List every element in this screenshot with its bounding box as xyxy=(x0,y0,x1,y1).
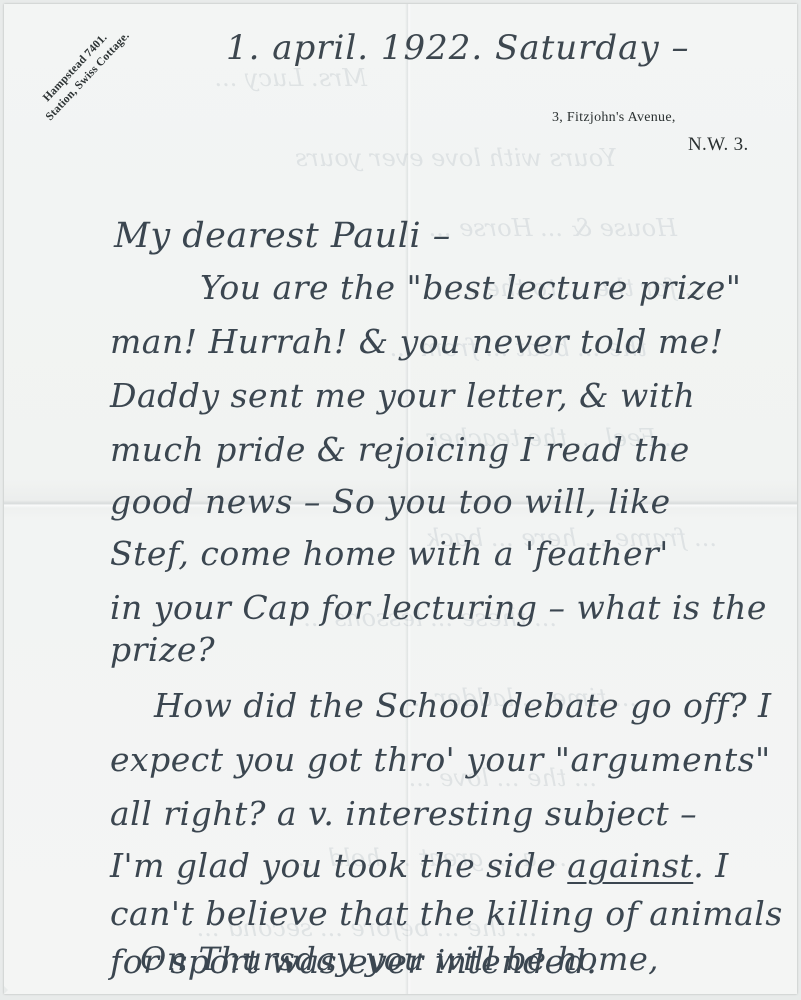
letterhead-address-line2: N.W. 3. xyxy=(688,134,749,156)
underlined-word: against xyxy=(567,846,693,885)
letterhead-telephone-block: Hampstead 7401. Station, Swiss Cottage. xyxy=(32,19,133,125)
letter-page: Mrs. Lucy ... Yours with love ever yours… xyxy=(4,4,797,994)
letter-salutation: My dearest Pauli – xyxy=(114,216,451,256)
letter-line: man! Hurrah! & you never told me! xyxy=(110,322,723,361)
letterhead-address-line1: 3, Fitzjohn's Avenue, xyxy=(552,110,749,126)
letter-line: all right? a v. interesting subject – xyxy=(110,794,697,833)
paper-corner xyxy=(4,984,8,994)
letterhead-address-block: 3, Fitzjohn's Avenue, N.W. 3. xyxy=(552,110,749,156)
letter-line: I'm glad you took the side against. I xyxy=(110,846,729,885)
letter-line: How did the School debate go off? I xyxy=(154,686,772,725)
letter-line: much pride & rejoicing I read the xyxy=(110,430,690,469)
letter-line: You are the "best lecture prize" xyxy=(200,268,741,307)
letter-line: Daddy sent me your letter, & with xyxy=(110,376,695,415)
letter-line: can't believe that the killing of animal… xyxy=(110,894,783,933)
letter-line: in your Cap for lecturing – what is the xyxy=(110,588,767,627)
letter-line: expect you got thro' your "arguments" xyxy=(110,740,771,779)
letter-date: 1. april. 1922. Saturday – xyxy=(226,28,689,68)
letter-line: prize? xyxy=(110,630,215,669)
letter-line: good news – So you too will, like xyxy=(110,482,671,521)
letter-line: Stef, come home with a 'feather' xyxy=(110,534,669,573)
letter-line: On Thursday you will be home, xyxy=(140,940,659,978)
letterhead-telephone: Hampstead 7401. xyxy=(32,19,122,114)
